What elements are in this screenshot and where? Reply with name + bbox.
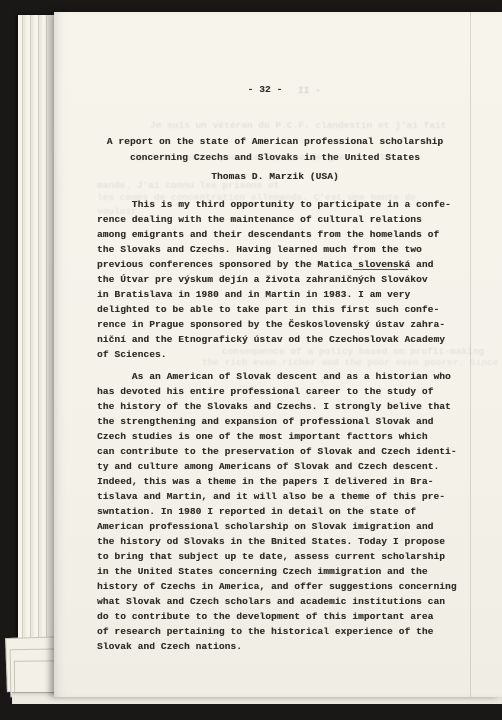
text-line: do to contribute to the development of t… xyxy=(97,609,469,624)
text-line: can contribute to the preservation of Sl… xyxy=(97,444,469,459)
underline-matica-slovenska xyxy=(353,269,408,270)
text-line: in the United States concerning Czech im… xyxy=(97,564,469,579)
text-line: This is my third opportunity to particip… xyxy=(97,197,469,212)
text-line: rence dealing with the maintenance of cu… xyxy=(97,212,469,227)
text-line: tislava and Martin, and it will also be … xyxy=(97,489,469,504)
bleedthrough-ghost-text: Je suis un vétéran du P.C.F. clandestin … xyxy=(150,120,446,131)
scanner-bed: - 32 - A report on the state of American… xyxy=(0,0,502,720)
text-line: what Slovak and Czech scholars and acade… xyxy=(97,594,469,609)
title-line-2: concerning Czechs and Slovaks in the Uni… xyxy=(94,150,456,166)
body-text: This is my third opportunity to particip… xyxy=(97,197,469,654)
paragraph-2: As an American of Slovak descent and as … xyxy=(97,369,469,654)
text-line: the strengthening and expansion of profe… xyxy=(97,414,469,429)
text-line: American professional scholarship on Slo… xyxy=(97,519,469,534)
text-line: the history of the Slovaks and Czechs. I… xyxy=(97,399,469,414)
text-line: As an American of Slovak descent and as … xyxy=(97,369,469,384)
document-title: A report on the state of American profes… xyxy=(94,134,456,165)
scanned-page: - 32 - A report on the state of American… xyxy=(54,12,502,697)
page-crease-line xyxy=(470,12,471,697)
text-line: the Útvar pre výskum dejín a života zahr… xyxy=(97,272,469,287)
text-line: to bring that subject up te date, assess… xyxy=(97,549,469,564)
page-number: - 32 - xyxy=(230,84,300,95)
text-line: among emigrants and their descendants fr… xyxy=(97,227,469,242)
author-line: Thomas D. Marzik (USA) xyxy=(94,171,456,182)
text-line: of research pertaining to the historical… xyxy=(97,624,469,639)
text-line: delighted to be able to take part in thi… xyxy=(97,302,469,317)
text-line: the history od Slovaks in the Bnited Sta… xyxy=(97,534,469,549)
text-line: Czech studies is one of the most importa… xyxy=(97,429,469,444)
paragraph-1: This is my third opportunity to particip… xyxy=(97,197,469,362)
text-line: previous conferences sponsored by the Ma… xyxy=(97,257,469,272)
text-line: history of Czechs in America, and offer … xyxy=(97,579,469,594)
text-line: swntation. In 1980 I reported in detail … xyxy=(97,504,469,519)
text-line: the Slovaks and Czechs. Having learned m… xyxy=(97,242,469,257)
text-line: niční and the Etnografický ústav od the … xyxy=(97,332,469,347)
text-line: ty and culture among Americans of Slovak… xyxy=(97,459,469,474)
bleedthrough-ghost-text: II - xyxy=(298,85,321,96)
text-line: rence in Prague sponsored by the Českosl… xyxy=(97,317,469,332)
page-stack-left-edges xyxy=(18,15,56,691)
text-line: Indeed, this was a theme in the papers I… xyxy=(97,474,469,489)
text-line: in Bratislava in 1980 and in Martin in 1… xyxy=(97,287,469,302)
title-line-1: A report on the state of American profes… xyxy=(94,134,456,150)
text-line: of Sciences. xyxy=(97,347,469,362)
text-line: Slovak and Czech nations. xyxy=(97,639,469,654)
text-line: has devoted his entire professional care… xyxy=(97,384,469,399)
